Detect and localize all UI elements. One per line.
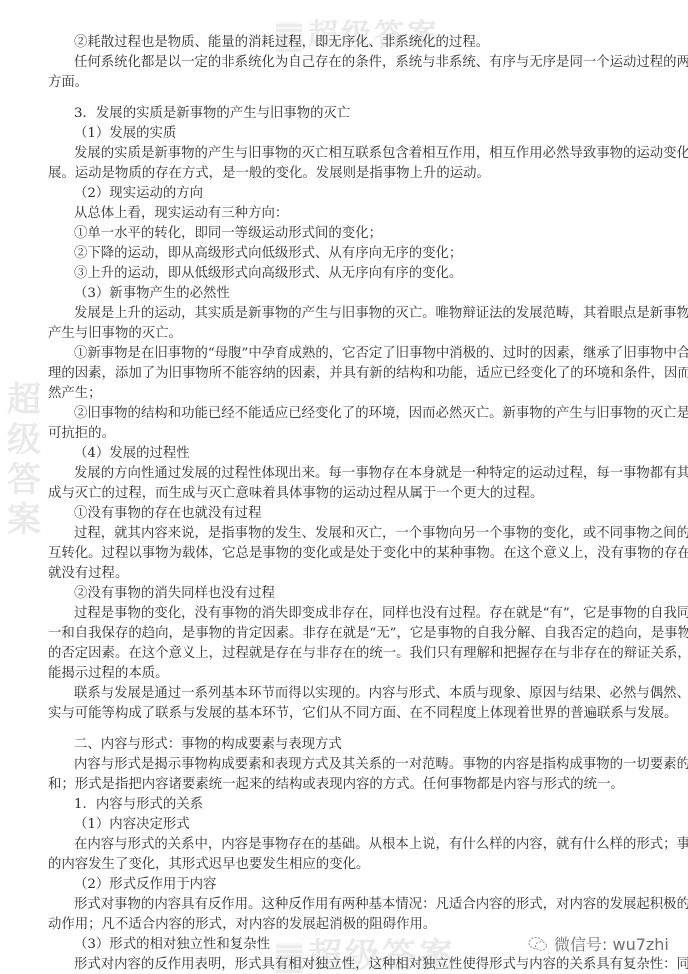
text-line: 发展是上升的运动，其实质是新事物的产生与旧事物的灭亡。唯物辩证法的发展范畴，其着…: [74, 304, 642, 324]
text-line: 的否定因素。在这个意义上，过程就是存在与非存在的统一。我们只有理解和把握存在与非…: [48, 644, 642, 664]
text-line: 产生与旧事物的灭亡。: [48, 324, 182, 344]
text-line: 发展的实质是新事物的产生与旧事物的灭亡相互联系包含着相互作用，相互作用必然导致事…: [74, 144, 642, 164]
text-line: 就没有过程。: [48, 564, 128, 584]
text-line: 联系与发展是通过一系列基本环节而得以实现的。内容与形式、本质与现象、原因与结果、…: [74, 684, 642, 704]
text-line: （3）新事物产生的必然性: [74, 284, 230, 304]
text-line: 然产生；: [48, 384, 102, 404]
text-line: 3．发展的实质是新事物的产生与旧事物的灭亡: [74, 104, 350, 124]
text-line: （4）发展的过程性: [74, 444, 190, 464]
text-line: 二、内容与形式：事物的构成要素与表现方式: [74, 735, 342, 755]
text-line: 从总体上看，现实运动有三种方向：: [74, 204, 288, 224]
text-line: 可抗拒的。: [48, 424, 115, 444]
text-line: 在内容与形式的关系中，内容是事物存在的基础。从根本上说，有什么样的内容，就有什么…: [74, 835, 642, 855]
text-line: 动作用；凡不适合内容的形式，对内容的发展起消极的阻碍作用。: [48, 915, 436, 935]
text-line: ①单一水平的转化，即同一等级运动形式间的变化；: [74, 224, 382, 244]
text-line: ①新事物是在旧事物的“母腹”中孕育成熟的，它否定了旧事物中消极的、过时的因素，继…: [74, 344, 642, 364]
text-line: 形式对内容的反作用表明，形式具有相对独立性，这种相对独立性使得形式与内容的关系具…: [74, 955, 642, 974]
text-line: 1．内容与形式的关系: [74, 795, 203, 815]
text-line: 理的因素，添加了为旧事物所不能容纳的因素，并具有新的结构和功能，适应已经变化了的…: [48, 364, 642, 384]
text-line: （1）内容决定形式: [74, 815, 190, 835]
text-line: 发展的方向性通过发展的过程性体现出来。每一事物存在本身就是一种特定的运动过程，每…: [74, 464, 642, 484]
text-line: 过程是事物的变化，没有事物的消失即变成非存在，同样也没有过程。存在就是“有”，它…: [74, 604, 642, 624]
text-line: 和；形式是指把内容诸要素统一起来的结构或表现内容的方式。任何事物都是内容与形式的…: [48, 775, 624, 795]
wechat-id-text: 微信号: wu7zhi: [554, 935, 669, 954]
text-line: 形式对事物的内容具有反作用。这种反作用有两种基本情况：凡适合内容的形式，对内容的…: [74, 895, 642, 915]
text-line: 方面。: [48, 73, 88, 93]
text-line: 能揭示过程的本质。: [48, 664, 169, 684]
text-line: （2）现实运动的方向: [74, 184, 203, 204]
text-line: ②耗散过程也是物质、能量的消耗过程，即无序化、非系统化的过程。: [74, 33, 489, 53]
text-line: 互转化。过程以事物为载体，它总是事物的变化或是处于变化中的某种事物。在这个意义上…: [48, 544, 642, 564]
watermark-left: 超级答案: [4, 380, 44, 540]
text-line: 一和自我保存的趋向，是事物的肯定因素。非存在就是“无”，它是事物的自我分解、自我…: [48, 624, 642, 644]
text-line: ③上升的运动，即从低级形式向高级形式、从无序向有序的变化。: [74, 264, 462, 284]
text-line: 成与灭亡的过程，而生成与灭亡意味着具体事物的运动过程从属于一个更大的过程。: [48, 484, 543, 504]
text-line: 任何系统化都是以一定的非系统化为自己存在的条件，系统与非系统、有序与无序是同一个…: [74, 53, 642, 73]
text-line: 的内容发生了变化，其形式迟早也要发生相应的变化。: [48, 855, 369, 875]
text-line: 实与可能等构成了联系与发展的基本环节，它们从不同方面、在不同程度上体现着世界的普…: [48, 704, 677, 724]
wechat-icon: [528, 936, 548, 952]
text-line: ①没有事物的存在也就没有过程: [74, 504, 261, 524]
text-line: ②没有事物的消失同样也没有过程: [74, 584, 275, 604]
wechat-id-label: 微信号: wu7zhi: [528, 932, 669, 955]
watermark-text: 超级答案: [7, 380, 41, 540]
text-line: （2）形式反作用于内容: [74, 875, 216, 895]
text-line: （1）发展的实质: [74, 124, 176, 144]
text-line: ②下降的运动，即从高级形式向低级形式、从有序向无序的变化；: [74, 244, 462, 264]
text-line: （3）形式的相对独立性和复杂性: [74, 935, 270, 955]
text-line: 过程，就其内容来说，是指事物的发生、发展和灭亡，一个事物向另一个事物的变化，或不…: [74, 524, 642, 544]
text-line: ②旧事物的结构和功能已经不能适应已经变化了的环境，因而必然灭亡。新事物的产生与旧…: [74, 404, 642, 424]
text-line: 展。运动是物质的存在方式，是一般的变化。发展则是指事物上升的运动。: [48, 164, 490, 184]
text-line: 内容与形式是揭示事物构成要素和表现方式及其关系的一对范畴。事物的内容是指构成事物…: [74, 755, 642, 775]
